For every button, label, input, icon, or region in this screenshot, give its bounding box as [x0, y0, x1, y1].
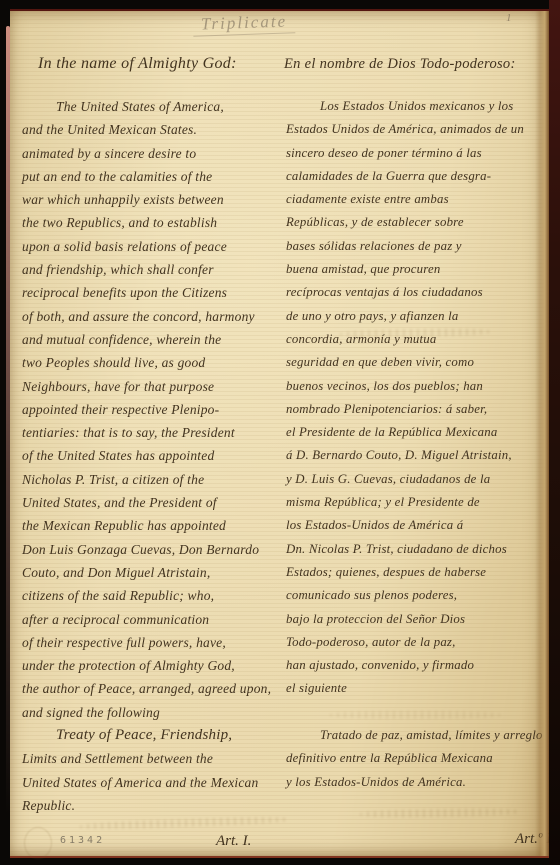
manuscript-line: The United States of America, — [22, 95, 286, 118]
manuscript-line: han ajustado, convenido, y firmado — [286, 654, 549, 677]
manuscript-line: of both, and assure the concord, harmony — [22, 305, 286, 328]
manuscript-line: and signed the following — [22, 701, 286, 724]
manuscript-line: tentiaries: that is to say, the Presiden… — [22, 421, 286, 444]
manuscript-line: y D. Luis G. Cuevas, ciudadanos de la — [286, 468, 549, 491]
manuscript-line: calamidades de la Guerra que desgra- — [286, 165, 549, 188]
manuscript-line: and mutual confidence, wherein the — [22, 328, 286, 351]
manuscript-line: Don Luis Gonzaga Cuevas, Don Bernardo — [22, 538, 286, 561]
manuscript-line: under the protection of Almighty God, — [22, 654, 286, 677]
manuscript-line: Couto, and Don Miguel Atristain, — [22, 561, 286, 584]
manuscript-line: comunicado sus plenos poderes, — [286, 584, 549, 607]
manuscript-line: of their respective full powers, have, — [22, 631, 286, 654]
archive-stamp-number: 61342 — [60, 835, 105, 846]
manuscript-line: buena amistad, que procuren — [286, 258, 549, 281]
manuscript-line: y los Estados-Unidos de América. — [286, 771, 549, 794]
manuscript-line: buenos vecinos, los dos pueblos; han — [286, 375, 549, 398]
manuscript-line: Estados Unidos de América, animados de u… — [286, 118, 549, 141]
manuscript-line: definitivo entre la República Mexicana — [286, 747, 549, 770]
manuscript-line: the author of Peace, arranged, agreed up… — [22, 677, 286, 700]
manuscript-line: nombrado Plenipotenciarios: á saber, — [286, 398, 549, 421]
manuscript-line: de uno y otro pays, y afianzen la — [286, 305, 549, 328]
manuscript-line: bases sólidas relaciones de paz y — [286, 235, 549, 258]
manuscript-line: á D. Bernardo Couto, D. Miguel Atristain… — [286, 444, 549, 467]
manuscript-line: United States of America and the Mexican — [22, 771, 286, 794]
manuscript-line: Todo-poderoso, autor de la paz, — [286, 631, 549, 654]
manuscript-line: sincero deseo de poner término á las — [286, 142, 549, 165]
manuscript-line: put an end to the calamities of the — [22, 165, 286, 188]
book-edge-shadow — [549, 0, 560, 865]
manuscript-line: el Presidente de la República Mexicana — [286, 421, 549, 444]
manuscript-line: Nicholas P. Trist, a citizen of the — [22, 468, 286, 491]
manuscript-line: and the United Mexican States. — [22, 118, 286, 141]
spanish-column: Los Estados Unidos mexicanos y losEstado… — [286, 95, 549, 794]
manuscript-line: Tratado de paz, amistad, límites y arreg… — [286, 724, 549, 747]
triplicate-pencil-note: Triplicate — [193, 11, 296, 37]
manuscript-line: Estados; quienes, despues de haberse — [286, 561, 549, 584]
manuscript-line: the two Republics, and to establish — [22, 211, 286, 234]
manuscript-line: citizens of the said Republic; who, — [22, 584, 286, 607]
page-fore-edge — [535, 11, 549, 856]
manuscript-line: concordia, armonía y mutua — [286, 328, 549, 351]
manuscript-line: upon a solid basis relations of peace — [22, 235, 286, 258]
manuscript-line: Neighbours, have for that purpose — [22, 375, 286, 398]
manuscript-line: of the United States has appointed — [22, 444, 286, 467]
catchword-article-left: Art. I. — [216, 833, 251, 850]
manuscript-line: Republic. — [22, 794, 286, 817]
bleed-through-mark — [24, 827, 52, 859]
manuscript-line: appointed their respective Plenipo- — [22, 398, 286, 421]
manuscript-line: seguridad en que deben vivir, como — [286, 351, 549, 374]
manuscript-line: the Mexican Republic has appointed — [22, 514, 286, 537]
invocation-spanish: En el nombre de Dios Todo-poderoso: — [284, 56, 516, 73]
manuscript-line: misma República; y el Presidente de — [286, 491, 549, 514]
manuscript-line: los Estados-Unidos de América á — [286, 514, 549, 537]
manuscript-line: war which unhappily exists between — [22, 188, 286, 211]
manuscript-page: Triplicate 1 In the name of Almighty God… — [10, 9, 549, 858]
manuscript-line: Los Estados Unidos mexicanos y los — [286, 95, 549, 118]
manuscript-line: United States, and the President of — [22, 491, 286, 514]
manuscript-line: and friendship, which shall confer — [22, 258, 286, 281]
english-column: The United States of America,and the Uni… — [22, 95, 286, 817]
manuscript-line — [286, 701, 549, 724]
manuscript-line: Treaty of Peace, Friendship, — [22, 724, 286, 747]
manuscript-line: recíprocas ventajas á los ciudadanos — [286, 281, 549, 304]
page-number: 1 — [506, 12, 512, 24]
photo-background: Triplicate 1 In the name of Almighty God… — [0, 0, 560, 865]
manuscript-line: Dn. Nicolas P. Trist, ciudadano de dicho… — [286, 538, 549, 561]
manuscript-line: after a reciprocal communication — [22, 608, 286, 631]
manuscript-line: animated by a sincere desire to — [22, 142, 286, 165]
manuscript-line: Limits and Settlement between the — [22, 747, 286, 770]
invocation-english: In the name of Almighty God: — [38, 55, 237, 73]
manuscript-line: Repúblicas, y de establecer sobre — [286, 211, 549, 234]
manuscript-line: two Peoples should live, as good — [22, 351, 286, 374]
manuscript-line: bajo la proteccion del Señor Dios — [286, 608, 549, 631]
manuscript-line: el siguiente — [286, 677, 549, 700]
manuscript-line: reciprocal benefits upon the Citizens — [22, 281, 286, 304]
manuscript-line: ciadamente existe entre ambas — [286, 188, 549, 211]
